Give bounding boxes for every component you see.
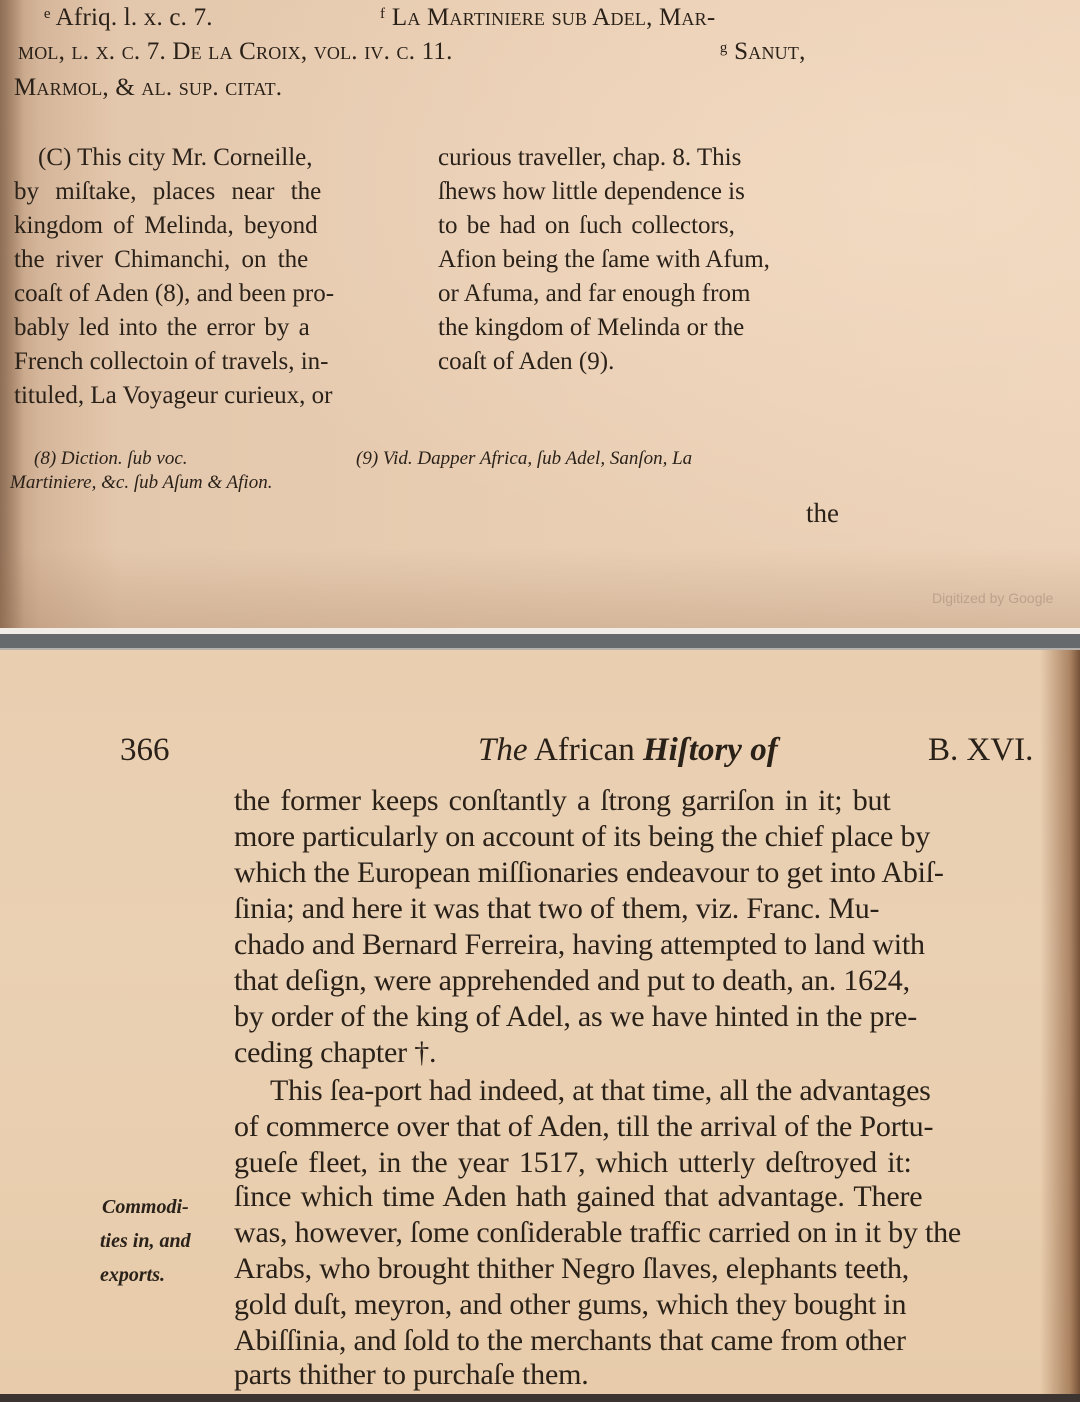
body-line: by order of the king of Adel, as we have…	[234, 1000, 917, 1034]
body-line: was, however, ſome conſiderable traffic …	[234, 1216, 961, 1250]
book-number: B. XVI.	[928, 732, 1033, 769]
top-page-scan: ᵉ Afriq. l. x. c. 7. ᶠ La Martiniere ſub…	[0, 0, 1080, 628]
running-title-italic: Hiſtory of	[643, 732, 778, 768]
note-line: (C) This city Mr. Corneille,	[38, 144, 313, 172]
body-line: parts thither to purchaſe them.	[234, 1358, 589, 1392]
body-line: gueſe fleet, in the year 1517, which utt…	[234, 1146, 912, 1180]
marginal-ref-line2-text: mol, l. x. c. 7. De la Croix, vol. iv. c…	[18, 38, 453, 65]
footnote-9: (9) Vid. Dapper Africa, ſub Adel, Sanſon…	[356, 448, 692, 470]
body-line: ceding chapter †.	[234, 1036, 436, 1070]
note-line: kingdom of Melinda, beyond	[14, 212, 318, 240]
catchword: the	[806, 498, 839, 529]
note-line: tituled, La Voyageur curieux, or	[14, 382, 332, 410]
digitized-watermark: Digitized by Google	[932, 590, 1053, 606]
marginal-ref-line3: Marmol, & al. ſup. citat.	[14, 74, 282, 102]
body-line: ſinia; and here it was that two of them,…	[234, 892, 879, 926]
bottom-edge-bar	[0, 1394, 1080, 1402]
screenshot-divider	[0, 634, 1080, 648]
bottom-page-scan: 366 The African Hiſtory of B. XVI. the f…	[0, 650, 1080, 1394]
marginal-ref-g-text: ᵍ Sanut,	[720, 38, 806, 65]
page-number: 366	[120, 732, 170, 769]
marginal-ref-e: ᵉ Afriq. l. x. c. 7.	[44, 4, 213, 32]
body-line: more particularly on account of its bein…	[234, 820, 930, 854]
note-line: bably led into the error by a	[14, 314, 310, 342]
margin-note-line: exports.	[100, 1264, 165, 1287]
note-line: French collectoin of travels, in-	[14, 348, 328, 376]
note-line: ſhews how little dependence is	[438, 178, 745, 206]
note-line: coaſt of Aden (9).	[438, 348, 614, 376]
body-line: This ſea-port had indeed, at that time, …	[270, 1074, 931, 1108]
marginal-ref-line3-text: Marmol, & al. ſup. citat.	[14, 74, 282, 101]
margin-note-line: ties in, and	[100, 1230, 191, 1253]
body-line: which the European miſſionaries endeavou…	[234, 856, 944, 890]
marginal-ref-f-text: ᶠ La Martiniere ſub Adel, Mar-	[380, 4, 715, 31]
body-line: of commerce over that of Aden, till the …	[234, 1110, 933, 1144]
marginal-ref-line2: mol, l. x. c. 7. De la Croix, vol. iv. c…	[18, 38, 453, 66]
note-line: Afion being the ſame with Afum,	[438, 246, 770, 274]
note-line: or Afuma, and far enough from	[438, 280, 750, 308]
running-title-middle: African	[534, 732, 635, 768]
marginal-ref-g: ᵍ Sanut,	[720, 38, 806, 66]
footnote-8: (8) Diction. ſub voc.	[34, 448, 188, 470]
body-line: Abiſſinia, and ſold to the merchants tha…	[234, 1324, 906, 1358]
footnote-9-continued: Martiniere, &c. ſub Aſum & Afion.	[10, 472, 272, 494]
body-line: chado and Bernard Ferreira, having attem…	[234, 928, 925, 962]
body-line: the former keeps conſtantly a ſtrong gar…	[234, 784, 890, 818]
body-line: that deſign, were apprehended and put to…	[234, 964, 910, 998]
marginal-ref-f: ᶠ La Martiniere ſub Adel, Mar-	[380, 4, 715, 32]
note-line: the river Chimanchi, on the	[14, 246, 308, 274]
body-line: ſince which time Aden hath gained that a…	[234, 1180, 922, 1214]
note-line: to be had on ſuch collectors,	[438, 212, 735, 240]
note-line: the kingdom of Melinda or the	[438, 314, 744, 342]
note-line: by miſtake, places near the	[14, 178, 321, 206]
body-line: gold duſt, meyron, and other gums, which…	[234, 1288, 906, 1322]
running-title-prefix: The	[478, 732, 528, 768]
note-line: curious traveller, chap. 8. This	[438, 144, 741, 172]
margin-note-line: Commodi-	[102, 1196, 189, 1219]
note-line: coaſt of Aden (8), and been pro-	[14, 280, 334, 308]
running-title: The African Hiſtory of	[478, 732, 778, 769]
body-line: Arabs, who brought thither Negro ſlaves,…	[234, 1252, 909, 1286]
